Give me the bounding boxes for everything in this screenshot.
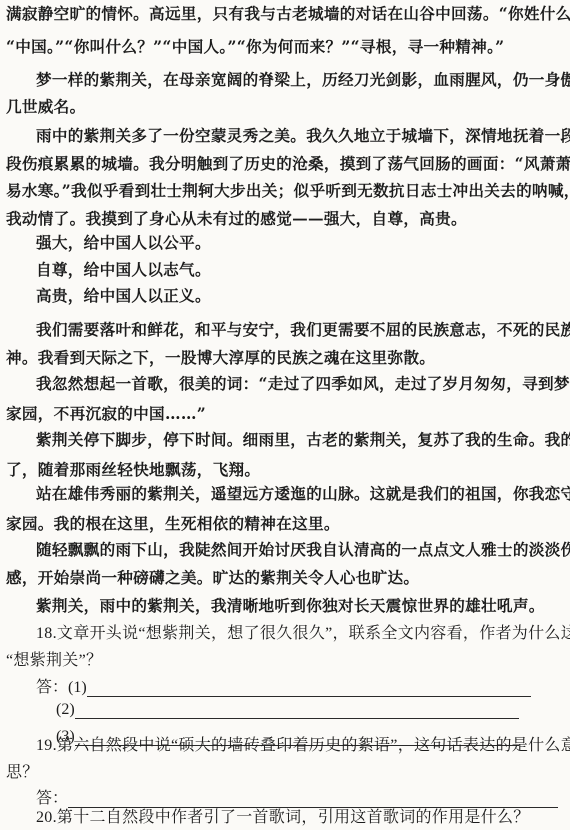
passage-line: 随轻飘飘的雨下山，我陡然间开始讨厌我自认清高的一点点文人雅士的淡淡伤 <box>36 540 570 560</box>
passage-line: 满寂静空旷的情怀。高远里，只有我与古老城墙的对话在山谷中回荡。“你姓什么？” <box>6 4 570 24</box>
passage-line: 神。我看到天际之下，一股博大淳厚的民族之魂在这里弥散。 <box>6 348 435 368</box>
answer-label: 答： <box>36 785 68 808</box>
passage-line: 紫荆关，雨中的紫荆关，我清晰地听到你独对长天震惊世界的雄壮吼声。 <box>36 596 545 616</box>
passage-line: 感，开始崇尚一种磅礴之美。旷达的紫荆关令人心也旷达。 <box>6 568 419 588</box>
answer-blank[interactable] <box>87 680 531 697</box>
passage-line: 家园。我的根在这里，生死相依的精神在这里。 <box>6 514 340 534</box>
answer-label: 答：(1) <box>36 674 87 697</box>
passage-line: 几世威名。 <box>6 97 85 117</box>
answer-blank[interactable] <box>68 791 558 808</box>
passage-line: 强大，给中国人以公平。 <box>36 233 211 253</box>
passage-line: “中国。”“你叫什么？”“中国人。”“你为何而来？”“寻根，寻一种精神。” <box>6 37 504 57</box>
question-19-text: 19.第六自然段中说“硕大的墙砖叠印着历史的絮语”，这句话表达的是什么意 <box>36 736 570 756</box>
answer-blank[interactable] <box>75 702 519 719</box>
passage-line: 雨中的紫荆关多了一份空蒙灵秀之美。我久久地立于城墙下，深情地抚着一段 <box>36 126 570 146</box>
passage-line: 站在雄伟秀丽的紫荆关，遥望远方逶迤的山脉。这就是我们的祖国，你我恋守的 <box>36 484 570 504</box>
question-20-text: 20.第十二自然段中作者引了一首歌词，引用这首歌词的作用是什么？ <box>36 808 530 828</box>
answer-18-2[interactable]: (2) <box>56 701 519 719</box>
question-19-text-cont: 思？ <box>6 763 39 783</box>
answer-18-1[interactable]: 答：(1) <box>36 674 531 697</box>
answer-label: (2) <box>56 701 75 719</box>
passage-line: 家园，不再沉寂的中国……” <box>6 404 206 424</box>
passage-line: 自尊，给中国人以志气。 <box>36 260 211 280</box>
question-18-text: 18.文章开头说“想紫荆关，想了很久很久”，联系全文内容看，作者为什么这样 <box>36 624 570 644</box>
answer-19[interactable]: 答： <box>36 785 558 808</box>
passage-line: 我们需要落叶和鲜花，和平与安宁，我们更需要不屈的民族意志，不死的民族精 <box>36 320 570 340</box>
question-18-text-cont: “想紫荆关”？ <box>6 651 102 671</box>
passage-line: 易水寒。”我似乎看到壮士荆轲大步出关；似乎听到无数抗日志士冲出关去的呐喊， <box>6 181 570 201</box>
passage-line: 梦一样的紫荆关，在母亲宽阔的脊梁上，历经刀光剑影，血雨腥风，仍一身傲骨， <box>36 70 570 90</box>
passage-line: 高贵，给中国人以正义。 <box>36 286 211 306</box>
passage-line: 我动情了。我摸到了身心从未有过的感觉——强大，自尊，高贵。 <box>6 209 467 229</box>
passage-line: 紫荆关停下脚步，停下时间。细雨里，古老的紫荆关，复苏了我的生命。我的心醉 <box>36 430 570 450</box>
passage-line: 我忽然想起一首歌，很美的词：“走过了四季如风，走过了岁月匆匆，寻到梦的 <box>36 374 570 394</box>
passage-line: 段伤痕累累的城墙。我分明触到了历史的沧桑，摸到了荡气回肠的画面：“风萧萧兮 <box>6 154 570 174</box>
passage-line: 了，随着那雨丝轻快地飘荡，飞翔。 <box>6 460 260 480</box>
